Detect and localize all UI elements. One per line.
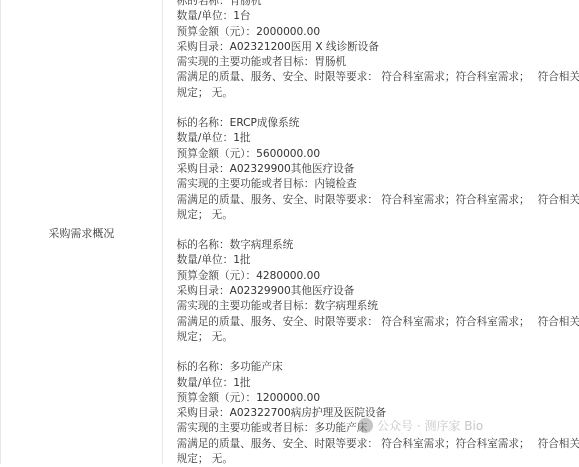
item-budget: 预算金额（元）：4280000.00	[177, 269, 579, 284]
item-budget: 预算金额（元）：5600000.00	[177, 147, 579, 162]
section-label-cell: 采购需求概况	[1, 0, 163, 450]
item-quantity: 数量/单位：1批	[177, 131, 579, 146]
item-quantity: 数量/单位：1台	[177, 9, 579, 24]
item-catalog: 采购目录：A02329900其他医疗设备	[177, 162, 579, 177]
watermark: 公众号 · 测序家 Bio	[358, 417, 483, 434]
item-quantity: 数量/单位：1批	[177, 253, 579, 268]
item-name: 标的名称：多功能产床	[177, 360, 579, 375]
item-name: 标的名称：胃肠机	[177, 0, 579, 9]
item-function: 需实现的主要功能或者目标：内镜检查	[177, 177, 579, 192]
item-catalog: 采购目录：A02321200医用 X 线诊断设备	[177, 40, 579, 55]
item-function: 需实现的主要功能或者目标：数字病理系统	[177, 299, 579, 314]
item-name: 标的名称：数字病理系统	[177, 238, 579, 253]
item-name: 标的名称：ERCP成像系统	[177, 116, 579, 131]
watermark-text: 公众号 · 测序家 Bio	[377, 417, 483, 434]
procurement-item: 标的名称：胃肠机 数量/单位：1台 预算金额（元）：2000000.00 采购目…	[177, 0, 579, 101]
section-label: 采购需求概况	[48, 225, 114, 241]
item-requirements-cont: 规定； 无。	[177, 330, 579, 345]
item-requirements: 需满足的质量、服务、安全、时限等要求： 符合科室需求；符合科室需求；符合相关	[177, 193, 579, 208]
wechat-icon	[358, 418, 373, 433]
item-budget: 预算金额（元）：1200000.00	[177, 391, 579, 406]
item-requirements-cont: 规定； 无。	[177, 208, 579, 223]
item-requirements: 需满足的质量、服务、安全、时限等要求： 符合科室需求；符合科室需求；符合相关	[177, 315, 579, 330]
item-budget: 预算金额（元）：2000000.00	[177, 25, 579, 40]
procurement-table: 采购需求概况 标的名称：胃肠机 数量/单位：1台 预算金额（元）：2000000…	[0, 0, 579, 450]
procurement-item: 标的名称：数字病理系统 数量/单位：1批 预算金额（元）：4280000.00 …	[177, 238, 579, 345]
requirements-cell: 标的名称：胃肠机 数量/单位：1台 预算金额（元）：2000000.00 采购目…	[163, 0, 579, 450]
procurement-item: 标的名称：ERCP成像系统 数量/单位：1批 预算金额（元）：5600000.0…	[177, 116, 579, 223]
item-catalog: 采购目录：A02329900其他医疗设备	[177, 284, 579, 299]
item-function: 需实现的主要功能或者目标：胃肠机	[177, 55, 579, 70]
item-requirements-cont: 规定； 无。	[177, 86, 579, 101]
item-quantity: 数量/单位：1批	[177, 376, 579, 391]
item-requirements: 需满足的质量、服务、安全、时限等要求： 符合科室需求；符合科室需求；符合相关	[177, 437, 579, 450]
item-requirements: 需满足的质量、服务、安全、时限等要求： 符合科室需求；符合科室需求；符合相关	[177, 70, 579, 85]
procurement-item: 标的名称：多功能产床 数量/单位：1批 预算金额（元）：1200000.00 采…	[177, 360, 579, 450]
